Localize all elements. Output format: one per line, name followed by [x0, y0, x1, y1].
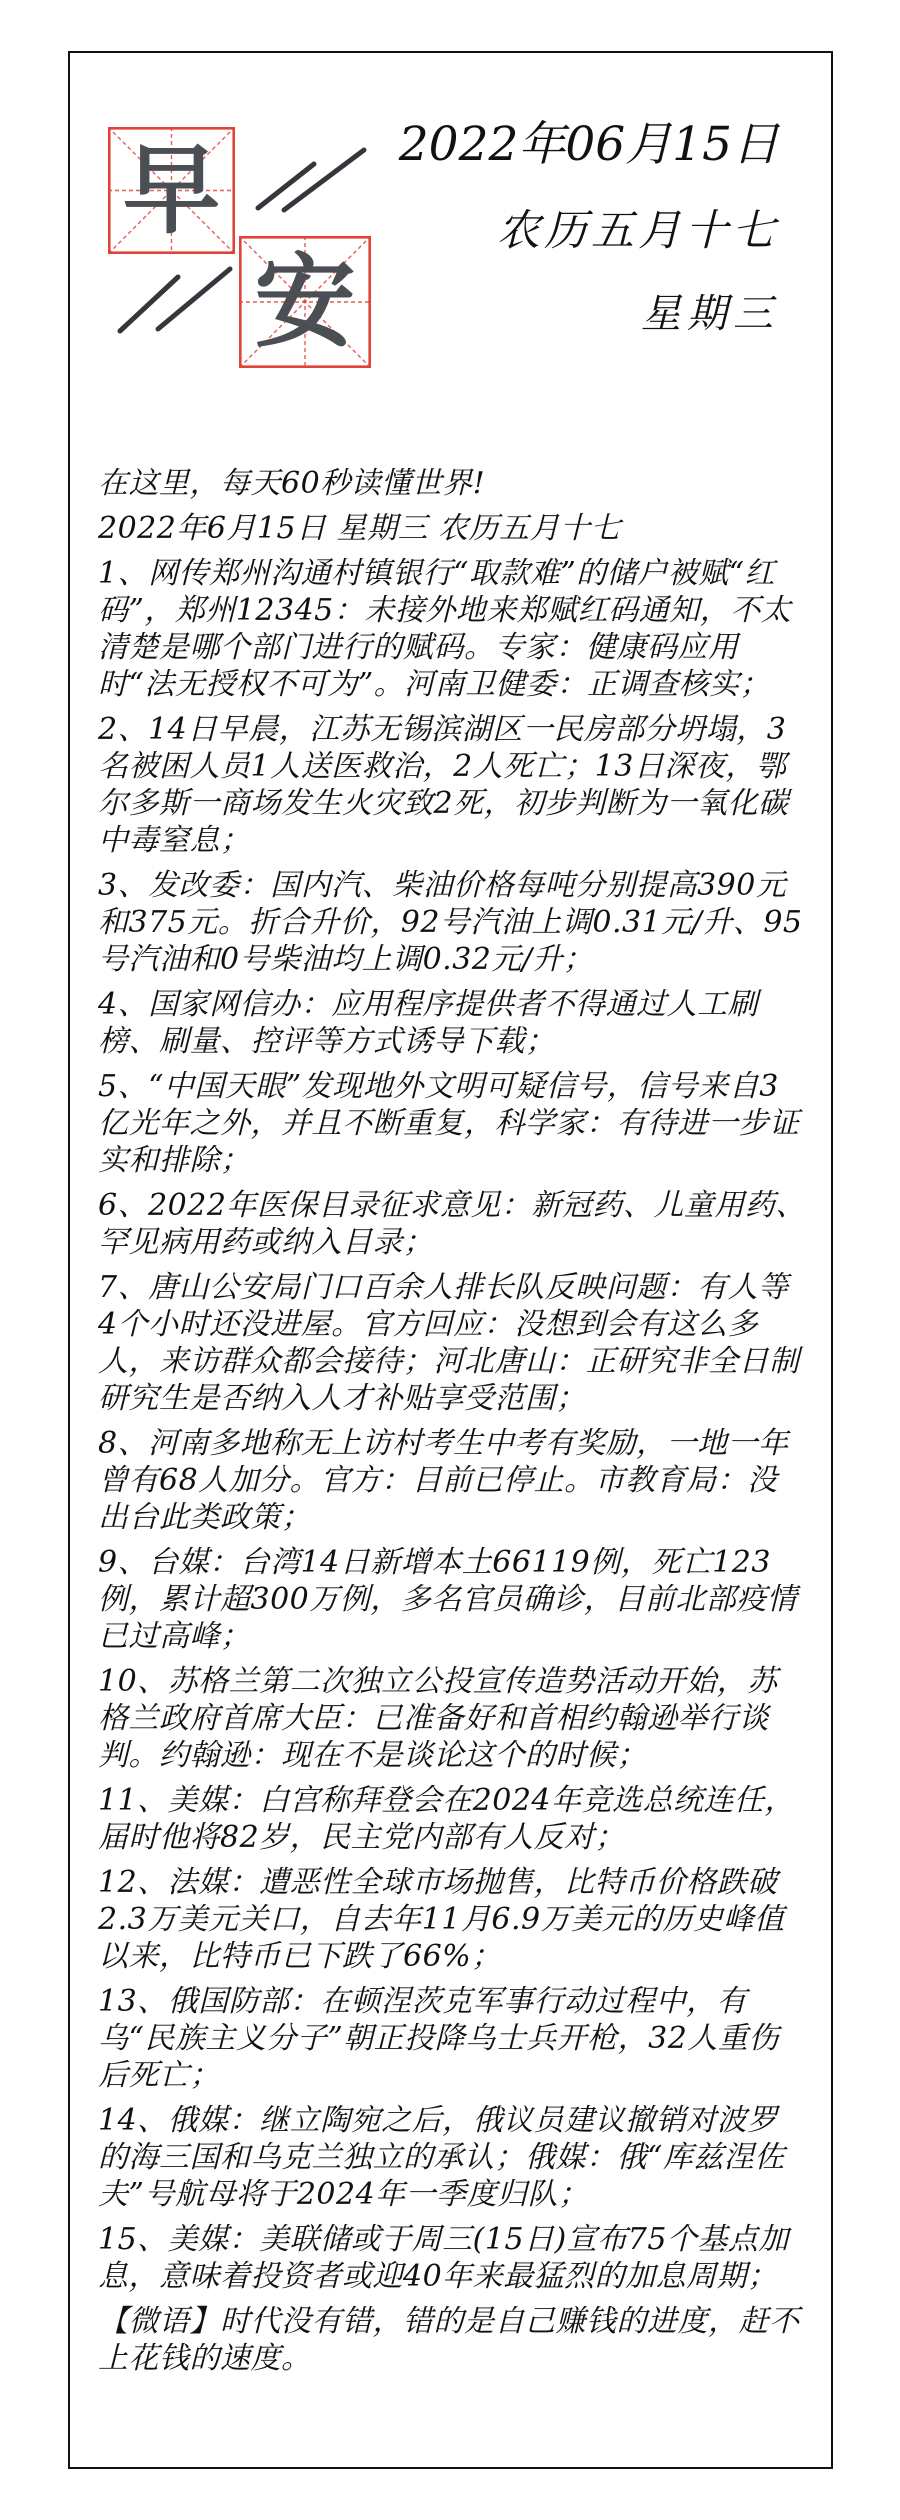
page-canvas: 早 安 2022年06月15日 农历五月十七 星期三 — [0, 0, 900, 2520]
logo-grid-zao: 早 — [108, 127, 235, 254]
news-item: 1、网传郑州沟通村镇银行“取款难”的储户被赋“红码”，郑州12345：未接外地来… — [98, 555, 806, 703]
logo-char-zao: 早 — [108, 127, 235, 254]
news-item: 11、美媒：白宫称拜登会在2024年竞选总统连任，届时他将82岁，民主党内部有人… — [98, 1782, 806, 1856]
intro-line: 在这里，每天60秒读懂世界! — [98, 465, 806, 502]
news-item: 9、台媒：台湾14日新增本土66119例，死亡123例，累计超300万例，多名官… — [98, 1544, 806, 1655]
page-border-frame: 早 安 2022年06月15日 农历五月十七 星期三 — [68, 51, 833, 2469]
news-items: 1、网传郑州沟通村镇银行“取款难”的储户被赋“红码”，郑州12345：未接外地来… — [98, 555, 806, 2295]
news-body: 在这里，每天60秒读懂世界! 2022年6月15日 星期三 农历五月十七 1、网… — [98, 465, 806, 2385]
date-lunar: 农历五月十七 — [497, 208, 779, 255]
news-item: 3、发改委：国内汽、柴油价格每吨分别提高390元和375元。折合升价，92号汽油… — [98, 867, 806, 978]
date-weekday: 星期三 — [641, 292, 779, 336]
news-item: 12、法媒：遭恶性全球市场抛售，比特币价格跌破2.3万美元关口，自去年11月6.… — [98, 1864, 806, 1975]
news-item: 10、苏格兰第二次独立公投宣传造势活动开始，苏格兰政府首席大臣：已准备好和首相约… — [98, 1663, 806, 1774]
date-header-line: 2022年6月15日 星期三 农历五月十七 — [98, 510, 806, 547]
news-item: 15、美媒：美联储或于周三(15日)宣布75个基点加息，意味着投资者或迎40年来… — [98, 2221, 806, 2295]
news-item: 14、俄媒：继立陶宛之后，俄议员建议撤销对波罗的海三国和乌克兰独立的承认；俄媒：… — [98, 2102, 806, 2213]
news-item: 13、俄国防部：在顿涅茨克军事行动过程中，有乌“民族主义分子”朝正投降乌士兵开枪… — [98, 1983, 806, 2094]
slash-decoration-icon — [116, 265, 234, 335]
news-item: 8、河南多地称无上访村考生中考有奖励，一地一年曾有68人加分。官方：目前已停止。… — [98, 1425, 806, 1536]
news-item: 6、2022年医保目录征求意见：新冠药、儿童用药、罕见病用药或纳入目录； — [98, 1187, 806, 1261]
news-item: 7、唐山公安局门口百余人排长队反映问题：有人等4个小时还没进屋。官方回应：没想到… — [98, 1269, 806, 1417]
news-item: 5、“中国天眼”发现地外文明可疑信号，信号来自3亿光年之外，并且不断重复，科学家… — [98, 1068, 806, 1179]
slash-decoration-icon — [254, 147, 368, 213]
date-block: 2022年06月15日 农历五月十七 星期三 — [399, 119, 779, 336]
news-item: 4、国家网信办：应用程序提供者不得通过人工刷榜、刷量、控评等方式诱导下载； — [98, 986, 806, 1060]
news-item: 2、14日早晨，江苏无锡滨湖区一民房部分坍塌，3名被困人员1人送医救治，2人死亡… — [98, 711, 806, 859]
date-gregorian: 2022年06月15日 — [399, 119, 779, 171]
logo-char-an: 安 — [239, 236, 371, 368]
weiyu-line: 【微语】时代没有错，错的是自己赚钱的进度，赶不上花钱的速度。 — [98, 2303, 806, 2377]
logo-grid-an: 安 — [239, 236, 371, 368]
